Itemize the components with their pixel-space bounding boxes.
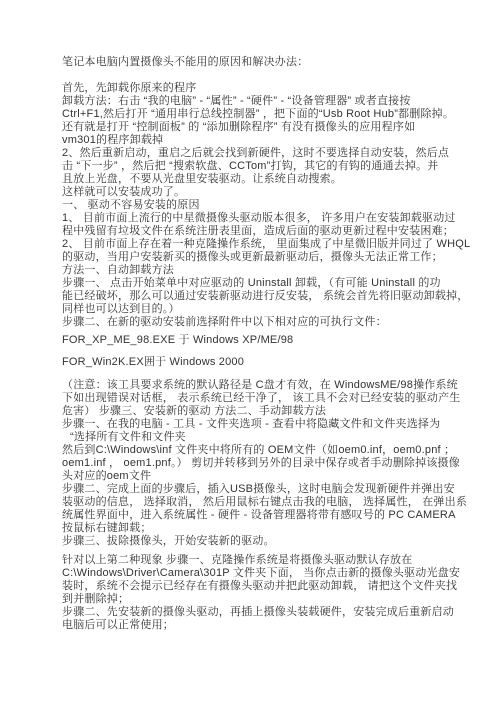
text-line: 然后到C:\Windows\inf 文件夹中将所有的 OEM文件（如oem0.i…	[62, 444, 450, 457]
text-line: 1、 目前市面上流行的中星微摄像头驱动版本很多， 许多用户在安装卸载驱动过	[62, 212, 450, 225]
section-heading: 一、 驱动不容易安装的原因	[62, 199, 450, 212]
text-line: 针对以上第二种现象 步骤一、克隆操作系统是将摄像头驱动默认存放在	[62, 554, 450, 567]
filename-line: FOR_XP_ME_98.EXE 于 Windows XP/ME/98	[62, 334, 450, 347]
text-line: 步骤二、在新的驱动安装前选择附件中以下相对应的可执行文件：	[62, 316, 450, 329]
text-line: 步骤一、在我的电脑 - 工具 - 文件夹选项 - 查看中将隐藏文件和文件夹选择为	[62, 418, 450, 431]
text-line: 同样也可以达到目的。）	[62, 303, 450, 316]
text-line: 步骤三、拔除摄像头，开始安装新的驱动。	[62, 535, 450, 548]
text-line: 且放上光盘，不要从光盘里安装驱动。让系统自动搜索。	[62, 173, 450, 186]
text-line: 头对应的oem文件	[62, 470, 450, 483]
text-line: 电脑后可以正常使用；	[62, 619, 450, 632]
text-line: 击 “下一步” ，然后把 “搜索软盘、CCTom”打钩，其它的有钩的通通去掉。并	[62, 160, 450, 173]
text-line: 统属性界面中，进入系统属性 - 硬件 - 设备管理器将带有感叹号的 PC CAM…	[62, 509, 450, 522]
text-line: 还有就是打开 “控制面板” 的 “添加删除程序” 有没有摄像头的应用程序如	[62, 121, 450, 134]
text-line: C:\Windows\Driver\Camera\301P 文件夹下面， 当你点…	[62, 567, 450, 580]
text-line: 装时，系统不会提示已经存在有摄像头驱动并把此驱动卸载， 请把这个文件夹找	[62, 580, 450, 593]
text-line: 卸载方法：右击 “我的电脑” - “属性” - “硬件” - “设备管理器” 或…	[62, 95, 450, 108]
text-line: 危害） 步骤三、安装新的驱动 方法二、手动卸载方法	[62, 405, 450, 418]
document-page: 笔记本电脑内置摄像头不能用的原因和解决办法： 首先，先卸载你原来的程序 卸载方法…	[0, 0, 500, 707]
text-line: “选择所有文件和文件夹	[62, 431, 450, 444]
document-text-block: 笔记本电脑内置摄像头不能用的原因和解决办法： 首先，先卸载你原来的程序 卸载方法…	[62, 56, 450, 632]
text-line: 2、 目前市面上存在着一种克隆操作系统， 里面集成了中星微旧版并同过了 WHQL	[62, 238, 450, 251]
text-line: 2、然后重新启动，重启之后就会找到新硬件，这时不要选择自动安装，然后点	[62, 147, 450, 160]
text-line: 能已经破坏，那么可以通过安装新驱动进行反安装， 系统会首先将旧驱动卸载掉，	[62, 290, 450, 303]
text-line: 首先，先卸载你原来的程序	[62, 82, 450, 95]
text-line: 的驱动，当用户安装新买的摄像头或更新最新驱动后，摄像头无法正常工作；	[62, 251, 450, 264]
text-line: 程中残留有垃圾文件在系统注册表里面，造成后面的驱动更新过程中安装困难；	[62, 225, 450, 238]
document-title: 笔记本电脑内置摄像头不能用的原因和解决办法：	[62, 56, 450, 69]
text-line: 到并删除掉；	[62, 593, 450, 606]
text-line: vm301的程序卸载掉	[62, 134, 450, 147]
text-line: 方法一、自动卸载方法	[62, 264, 450, 277]
text-line: oem1.inf ， oem1.pnf。） 剪切并转移到另外的目录中保存或者手动…	[62, 457, 450, 470]
text-line: 按鼠标右键卸载；	[62, 522, 450, 535]
text-line: Ctrl+F1,然后打开 “通用串行总线控制器” ，把下面的“Usb Root …	[62, 108, 450, 121]
text-line: 步骤二、先安装新的摄像头驱动，再插上摄像头装载硬件，安装完成后重新启动	[62, 606, 450, 619]
text-line: 下如出现错误对话框， 表示系统已经干净了， 该工具不会对已经安装的驱动产生	[62, 392, 450, 405]
text-line: 步骤二、完成上面的步骤后，插入USB摄像头，这时电脑会发现新硬件并弹出安	[62, 483, 450, 496]
filename-line: FOR_Win2K.EX囲于 Windows 2000	[62, 356, 450, 369]
text-line: 这样就可以安装成功了。	[62, 186, 450, 199]
text-line: 装驱动的信息， 选择取消， 然后用鼠标右键点击我的电脑， 选择属性， 在弹出系	[62, 496, 450, 509]
text-line: （注意：该工具要求系统的默认路径是 C盘才有效，在 WindowsME/98操作…	[62, 379, 450, 392]
text-line: 步骤一、 点击开始菜单中对应驱动的 Uninstall 卸载，（有可能 Unin…	[62, 277, 450, 290]
